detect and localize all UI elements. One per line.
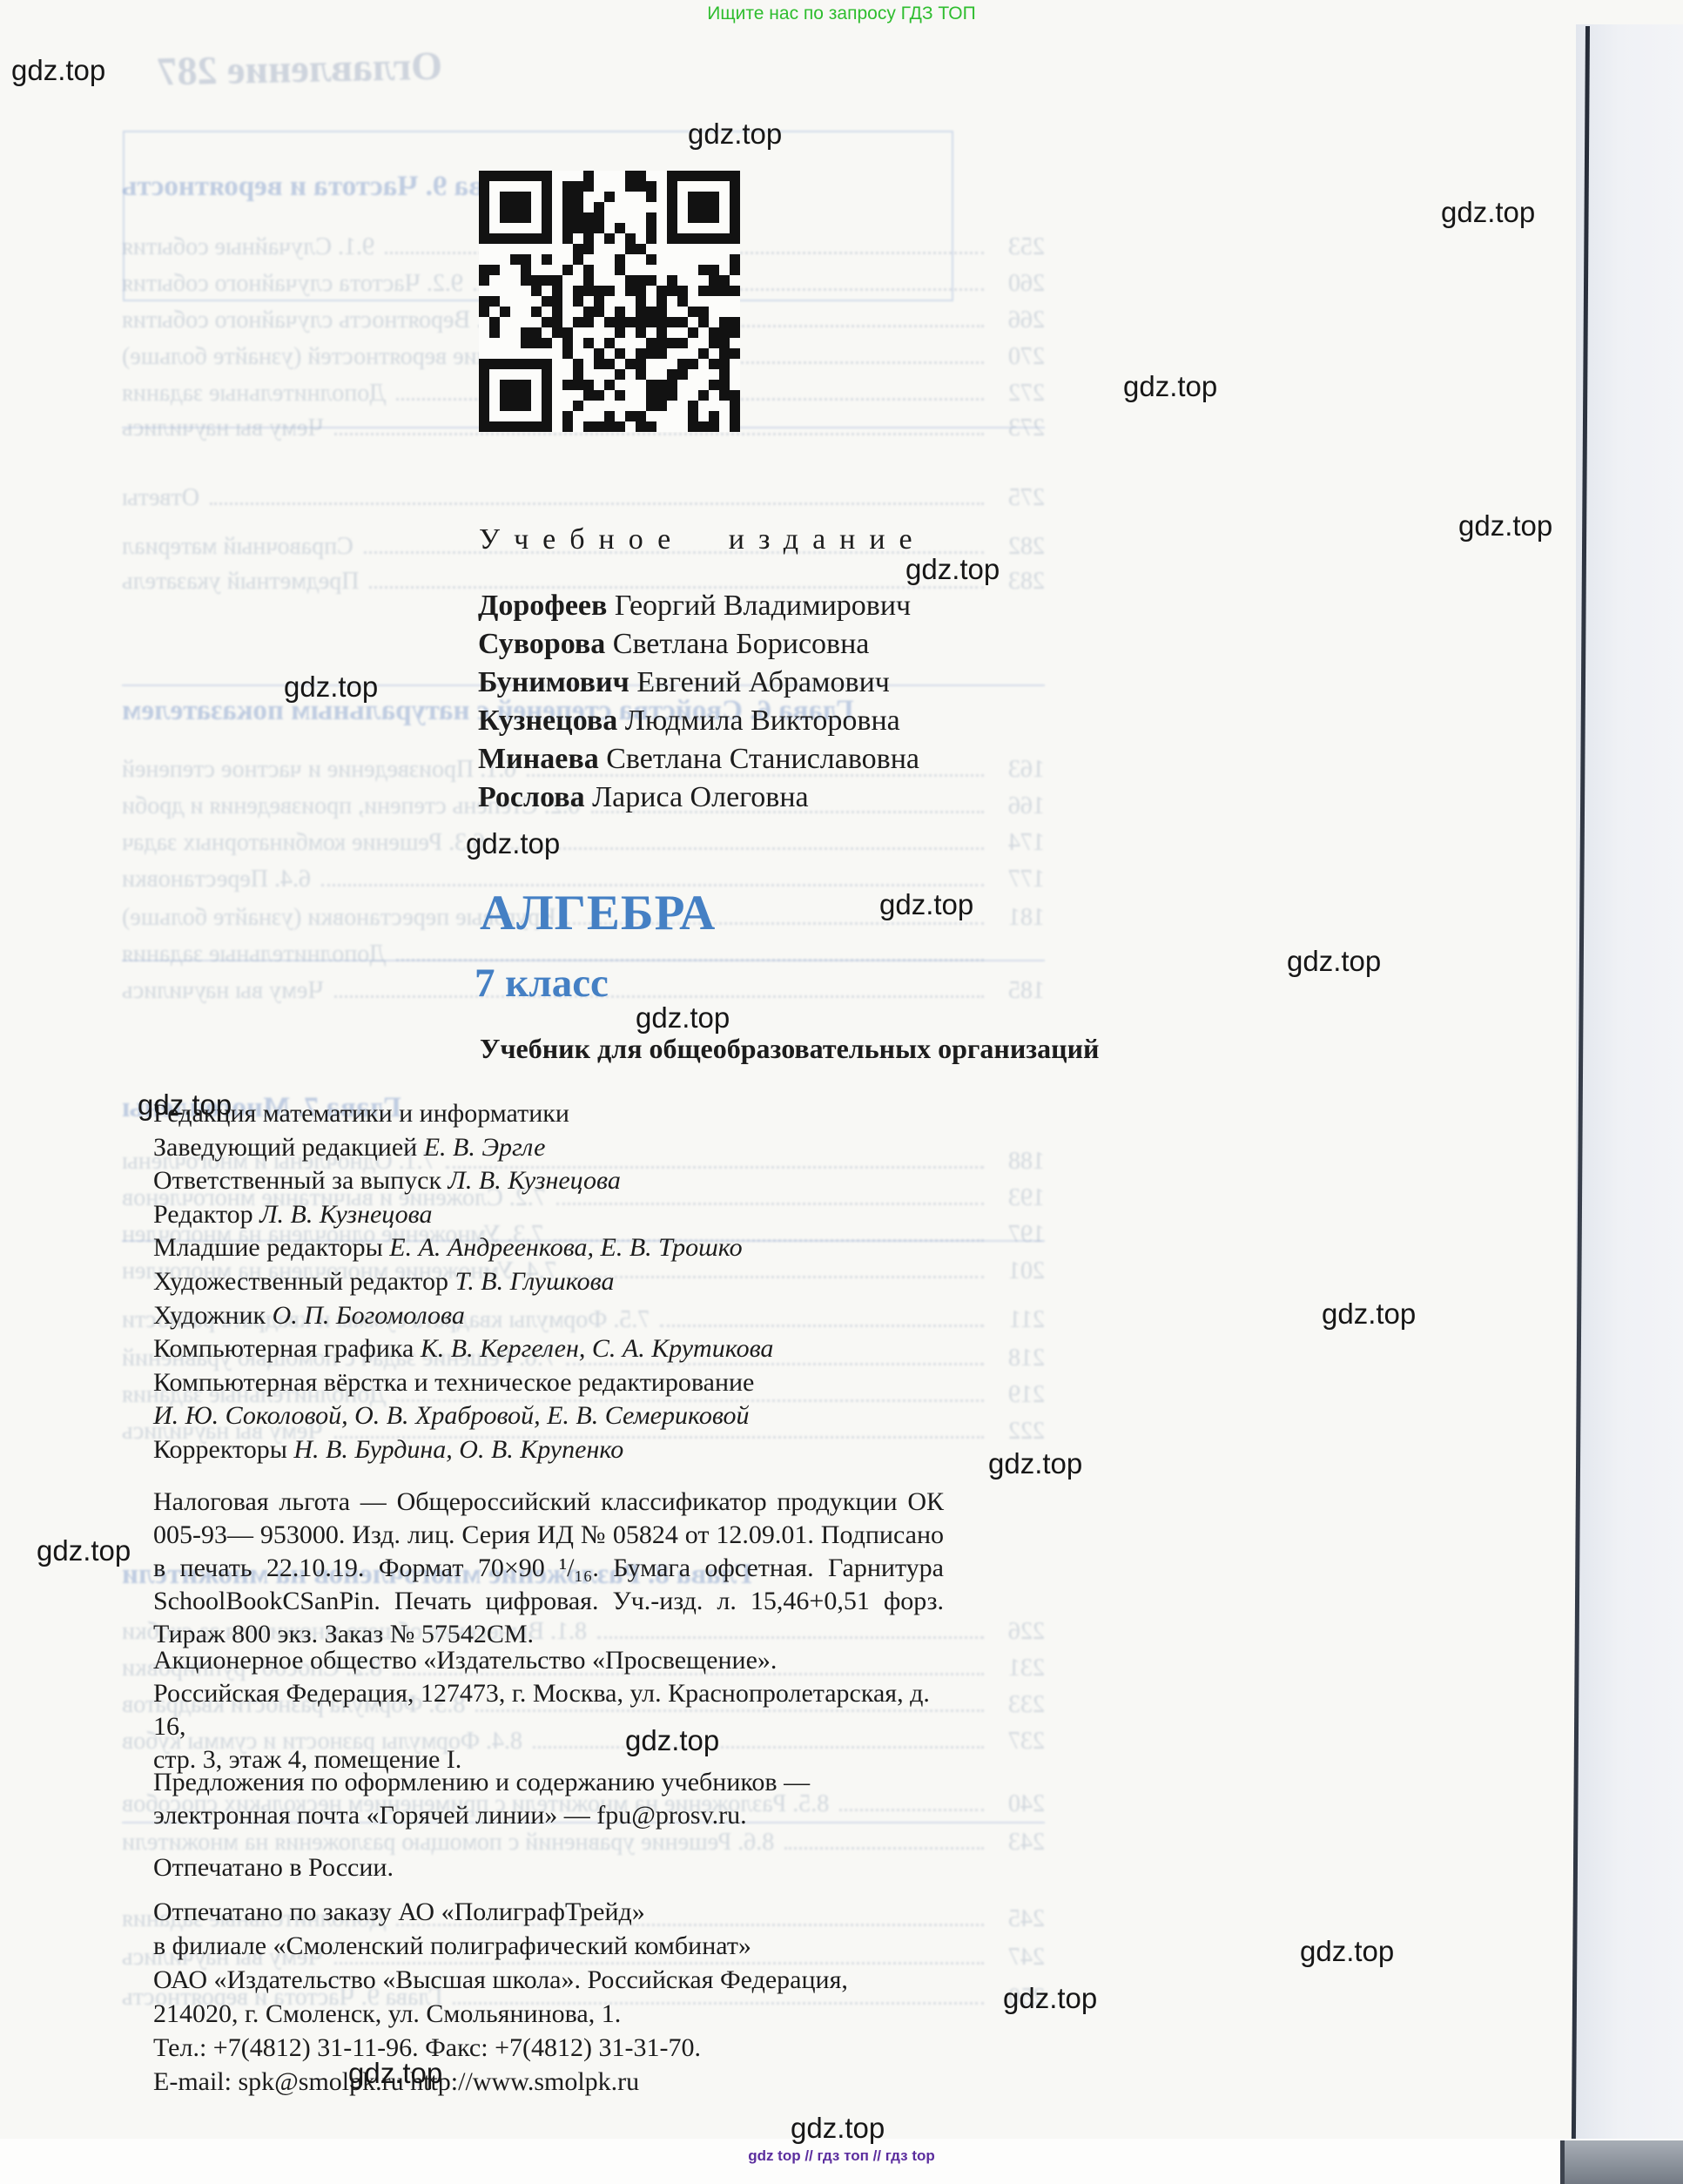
credit-row: Художественный редактор Т. В. Глушкова bbox=[153, 1265, 773, 1299]
grade-label: 7 класс bbox=[475, 960, 609, 1007]
publisher-paragraph: Акционерное общество «Издательство «Прос… bbox=[153, 1644, 944, 1776]
gdz-watermark: gdz.top bbox=[1123, 370, 1217, 403]
gdz-watermark: gdz.top bbox=[1300, 1935, 1394, 1968]
search-hint-banner: Ищите нас по запросу ГДЗ ТОП bbox=[0, 3, 1683, 24]
authors-list: Дорофеев Георгий ВладимировичСуворова Св… bbox=[478, 587, 919, 817]
printed-in-russia: Отпечатано в России. bbox=[153, 1851, 944, 1884]
gdz-watermark: gdz.top bbox=[1287, 945, 1381, 978]
credit-row: Редакция математики и информатики bbox=[153, 1097, 773, 1131]
author-row: Рослова Лариса Олеговна bbox=[478, 779, 919, 817]
gdz-watermark: gdz.top bbox=[879, 888, 973, 921]
gdz-watermark: gdz.top bbox=[348, 2057, 442, 2090]
gdz-watermark: gdz.top bbox=[138, 1089, 232, 1122]
bleed-page-header: Оглавление 287 bbox=[156, 43, 442, 95]
gdz-watermark: gdz.top bbox=[37, 1534, 131, 1567]
gdz-watermark: gdz.top bbox=[1441, 196, 1535, 229]
author-row: Кузнецова Людмила Викторовна bbox=[478, 702, 919, 740]
author-row: Суворова Светлана Борисовна bbox=[478, 625, 919, 664]
scanned-book-page: Оглавление 287 Глава 9. Частота и вероят… bbox=[0, 0, 1683, 2184]
gdz-watermark: gdz.top bbox=[11, 54, 105, 87]
author-row: Дорофеев Георгий Владимирович bbox=[478, 587, 919, 625]
credit-row: И. Ю. Соколовой, О. В. Храбровой, Е. В. … bbox=[153, 1399, 773, 1433]
author-row: Бунимович Евгений Абрамович bbox=[478, 664, 919, 702]
bleed-heading: Глава 9. Частота и вероятность bbox=[122, 171, 529, 203]
gdz-watermark: gdz.top bbox=[625, 1724, 719, 1757]
gdz-watermark: gdz.top bbox=[284, 671, 378, 704]
gdz-watermark: gdz.top bbox=[988, 1447, 1082, 1480]
edition-type: Учебное издание bbox=[479, 523, 926, 556]
credit-row: Младшие редакторы Е. А. Андреенкова, Е. … bbox=[153, 1231, 773, 1265]
qr-code bbox=[479, 171, 740, 432]
gdz-watermark: gdz.top bbox=[1003, 1982, 1097, 2015]
feedback-paragraph: Предложения по оформлению и содержанию у… bbox=[153, 1766, 944, 1832]
book-title: АЛГЕБРА bbox=[480, 885, 716, 941]
gdz-watermark: gdz.top bbox=[791, 2112, 885, 2145]
credit-row: Художник О. П. Богомолова bbox=[153, 1299, 773, 1333]
bleed-toc-row: 1746.3. Решение комбинаторных задач bbox=[122, 829, 1045, 857]
gdz-watermark: gdz.top bbox=[905, 553, 1000, 586]
gdz-watermark: gdz.top bbox=[1458, 509, 1552, 543]
author-row: Минаева Светлана Станиславовна bbox=[478, 740, 919, 779]
gdz-watermark: gdz.top bbox=[1322, 1298, 1416, 1331]
credit-row: Заведующий редакцией Е. В. Эргле bbox=[153, 1131, 773, 1165]
credit-row: Редактор Л. В. Кузнецова bbox=[153, 1198, 773, 1232]
credit-row: Компьютерная графика К. В. Кергелен, С. … bbox=[153, 1332, 773, 1366]
bleed-toc-row: 275Ответы bbox=[122, 484, 1045, 512]
printer-details: Отпечатано по заказу АО «ПолиграфТрейд» … bbox=[153, 1895, 944, 2099]
credit-row: Корректоры Н. В. Бурдина, О. В. Крупенко bbox=[153, 1433, 773, 1467]
gdz-watermark: gdz.top bbox=[688, 118, 782, 151]
gdz-watermark: gdz.top bbox=[636, 1001, 730, 1035]
subtitle: Учебник для общеобразовательных организа… bbox=[480, 1033, 1099, 1065]
adjacent-page-edge bbox=[1576, 24, 1683, 2140]
credit-row: Ответственный за выпуск Л. В. Кузнецова bbox=[153, 1164, 773, 1198]
gdz-watermark: gdz.top bbox=[466, 827, 560, 860]
credit-row: Компьютерная вёрстка и техническое редак… bbox=[153, 1366, 773, 1400]
footer-links: gdz top // гдз топ // гдз top bbox=[0, 2147, 1683, 2165]
imprint-paragraph: Налоговая льгота — Общероссийский класси… bbox=[153, 1486, 944, 1651]
credits-block: Редакция математики и информатикиЗаведую… bbox=[153, 1097, 773, 1467]
